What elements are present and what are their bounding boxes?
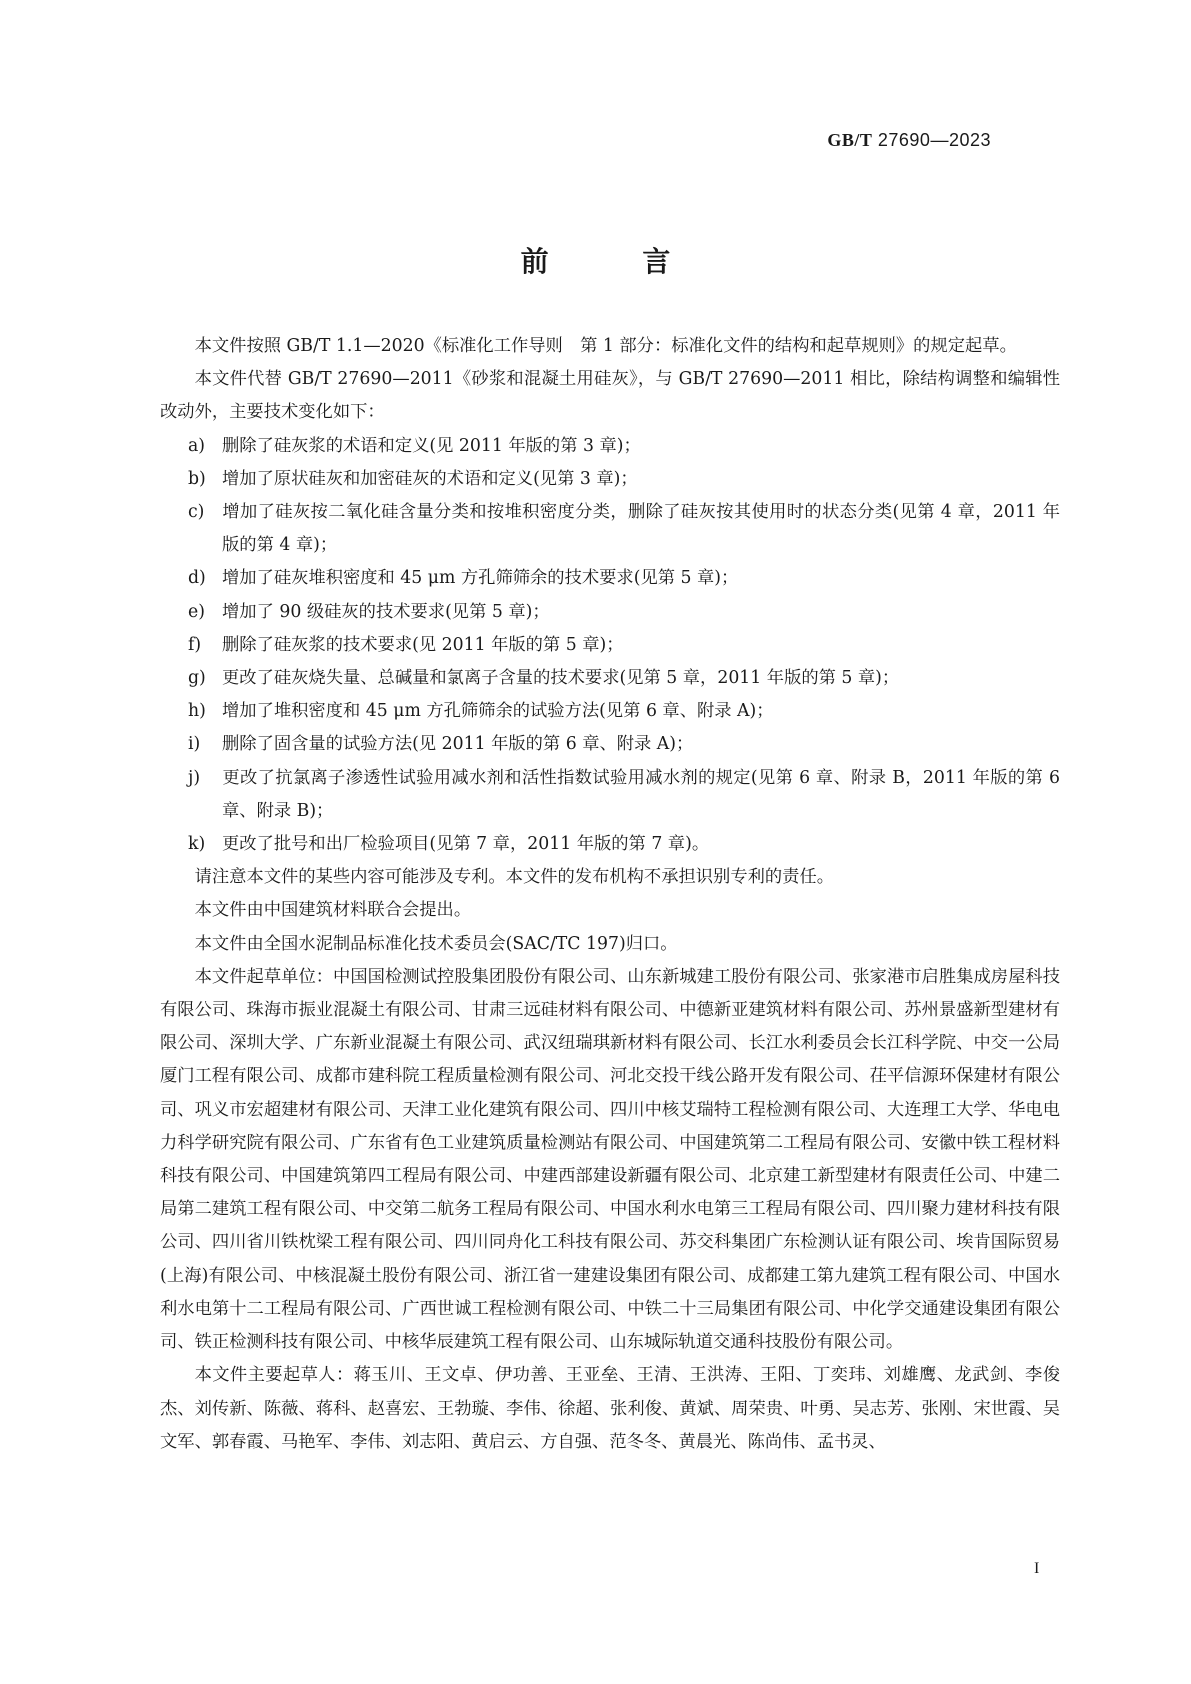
list-item-label: f) [188, 629, 222, 662]
list-item-text: 更改了硅灰烧失量、总碱量和氯离子含量的技术要求(见第 5 章，2011 年版的第… [222, 668, 899, 688]
drafters-paragraph: 本文件主要起草人：蒋玉川、王文卓、伊功善、王亚垒、王清、王洪涛、王阳、丁奕玮、刘… [160, 1359, 1060, 1459]
list-item: e)增加了 90 级硅灰的技术要求(见第 5 章)； [160, 596, 1060, 629]
list-item: c)增加了硅灰按二氧化硅含量分类和按堆积密度分类，删除了硅灰按其使用时的状态分类… [160, 496, 1060, 562]
page-title: 前 言 [0, 240, 1191, 280]
list-item-label: g) [188, 662, 222, 695]
list-item-label: e) [188, 596, 222, 629]
list-item-label: b) [188, 463, 222, 496]
standard-number: GB/T 27690—2023 [827, 130, 991, 151]
list-item-label: k) [188, 828, 222, 861]
list-item-label: j) [188, 762, 222, 795]
list-item: b)增加了原状硅灰和加密硅灰的术语和定义(见第 3 章)； [160, 463, 1060, 496]
standard-code: GB/T [827, 130, 872, 150]
list-item: k)更改了批号和出厂检验项目(见第 7 章，2011 年版的第 7 章)。 [160, 828, 1060, 861]
list-item-text: 增加了硅灰按二氧化硅含量分类和按堆积密度分类，删除了硅灰按其使用时的状态分类(见… [222, 502, 1060, 555]
list-item-text: 增加了堆积密度和 45 μm 方孔筛筛余的试验方法(见第 6 章、附录 A)； [222, 701, 774, 721]
list-item: a)删除了硅灰浆的术语和定义(见 2011 年版的第 3 章)； [160, 430, 1060, 463]
standard-year-number: 27690—2023 [878, 130, 991, 150]
list-item-text: 删除了硅灰浆的术语和定义(见 2011 年版的第 3 章)； [222, 436, 641, 456]
list-item: h)增加了堆积密度和 45 μm 方孔筛筛余的试验方法(见第 6 章、附录 A)… [160, 695, 1060, 728]
list-item-label: a) [188, 430, 222, 463]
committee-paragraph: 本文件由全国水泥制品标准化技术委员会(SAC/TC 197)归口。 [160, 928, 1060, 961]
replacement-paragraph: 本文件代替 GB/T 27690—2011《砂浆和混凝土用硅灰》，与 GB/T … [160, 363, 1060, 429]
list-item: j)更改了抗氯离子渗透性试验用减水剂和活性指数试验用减水剂的规定(见第 6 章、… [160, 762, 1060, 828]
list-item-text: 增加了硅灰堆积密度和 45 μm 方孔筛筛余的技术要求(见第 5 章)； [222, 568, 738, 588]
drafting-rules-paragraph: 本文件按照 GB/T 1.1—2020《标准化工作导则 第 1 部分：标准化文件… [160, 330, 1060, 363]
list-item: i)删除了固含量的试验方法(见 2011 年版的第 6 章、附录 A)； [160, 728, 1060, 761]
list-item: d)增加了硅灰堆积密度和 45 μm 方孔筛筛余的技术要求(见第 5 章)； [160, 562, 1060, 595]
list-item-label: d) [188, 562, 222, 595]
changes-list: a)删除了硅灰浆的术语和定义(见 2011 年版的第 3 章)； b)增加了原状… [160, 430, 1060, 862]
list-item: f)删除了硅灰浆的技术要求(见 2011 年版的第 5 章)； [160, 629, 1060, 662]
list-item: g)更改了硅灰烧失量、总碱量和氯离子含量的技术要求(见第 5 章，2011 年版… [160, 662, 1060, 695]
list-item-label: h) [188, 695, 222, 728]
list-item-label: i) [188, 728, 222, 761]
list-item-text: 增加了 90 级硅灰的技术要求(见第 5 章)； [222, 602, 550, 622]
list-item-text: 增加了原状硅灰和加密硅灰的术语和定义(见第 3 章)； [222, 469, 638, 489]
foreword-body: 本文件按照 GB/T 1.1—2020《标准化工作导则 第 1 部分：标准化文件… [160, 330, 1060, 1459]
list-item-text: 更改了批号和出厂检验项目(见第 7 章，2011 年版的第 7 章)。 [222, 834, 709, 854]
list-item-text: 删除了固含量的试验方法(见 2011 年版的第 6 章、附录 A)； [222, 734, 693, 754]
patent-notice-paragraph: 请注意本文件的某些内容可能涉及专利。本文件的发布机构不承担识别专利的责任。 [160, 861, 1060, 894]
list-item-label: c) [188, 496, 222, 529]
list-item-text: 更改了抗氯离子渗透性试验用减水剂和活性指数试验用减水剂的规定(见第 6 章、附录… [222, 768, 1060, 821]
page-number: I [1034, 1560, 1039, 1578]
list-item-text: 删除了硅灰浆的技术要求(见 2011 年版的第 5 章)； [222, 635, 624, 655]
proposer-paragraph: 本文件由中国建筑材料联合会提出。 [160, 894, 1060, 927]
drafting-units-paragraph: 本文件起草单位：中国国检测试控股集团股份有限公司、山东新城建工股份有限公司、张家… [160, 961, 1060, 1359]
